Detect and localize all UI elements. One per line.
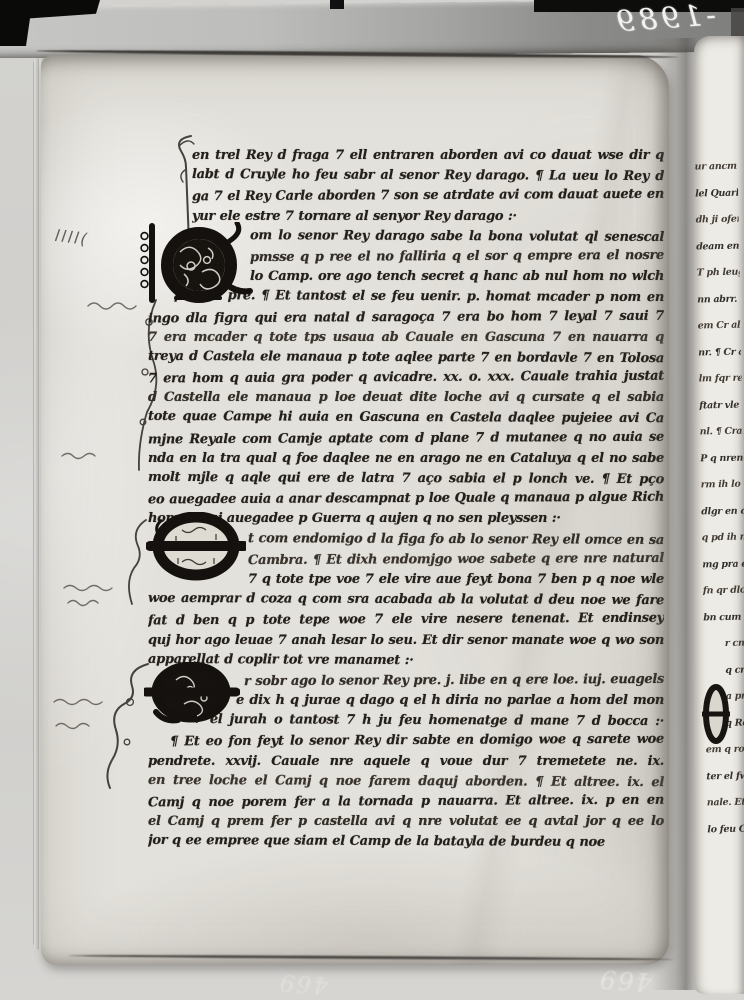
- facing-page-line: lm fqr rellam: [698, 366, 742, 393]
- manuscript-line: om lo senor Rey darago sabe la bona volu…: [250, 226, 664, 248]
- manuscript-line: fat d ben q p tote tepe woe 7 ele vire n…: [148, 609, 664, 632]
- manuscript-line: ¶ Et eo fon feyt lo senor Rey dir sabte …: [170, 730, 664, 753]
- manuscript-line: treya d Castela ele manaua p tote aqlee …: [148, 347, 664, 369]
- facing-page-line: r cn: [725, 631, 744, 658]
- facing-page-line: ftatr vle cu: [699, 392, 743, 419]
- manuscript-photo: -1989 llll( en tre: [0, 0, 744, 1000]
- facing-page-line: nl. ¶ Crabr: [699, 419, 743, 446]
- facing-page-line: em Cr aln: [697, 313, 741, 340]
- foliation-mark: llll(: [52, 226, 92, 249]
- facing-page-line: mg pra el: [702, 551, 744, 578]
- facing-page-initial: [702, 682, 730, 750]
- facing-page-line: rm ih lo q: [700, 472, 744, 499]
- manuscript-line: el Camj q prem fer p castella avi q nre …: [148, 812, 664, 832]
- facing-page-line: nr. ¶ Cr an: [698, 339, 742, 366]
- facing-page-edge: ur ancm em plel Quarl cdh ji ofernadeam …: [694, 36, 744, 994]
- manuscript-line: en tree loche el Camj q noe farem daquj …: [148, 771, 664, 793]
- decorated-initial-e1: E: [146, 512, 246, 586]
- facing-page-line: dh ji oferna: [695, 207, 739, 234]
- manuscript-line: 7 q tote tpe voe 7 ele vire aue feyt bon…: [248, 570, 664, 590]
- facing-page-line: ur ancm em p: [694, 154, 738, 181]
- manuscript-line: Cambra. ¶ Et dixh endomjgo woe sabete q …: [248, 549, 664, 571]
- facing-page-line: lel Quarl c: [695, 180, 739, 207]
- manuscript-line: lo Camp. ore ago tench secret q hanc ab …: [250, 267, 664, 287]
- facing-page-line: fn qr dlo: [703, 578, 744, 605]
- archival-number-bottom-left: 469: [277, 968, 329, 997]
- facing-page-line: deam en. y.: [696, 233, 740, 260]
- facing-page-line: P q nrendr: [700, 445, 744, 472]
- manuscript-line: e dix h q jurae q dago q el h diria no p…: [236, 691, 664, 711]
- facing-page-line: q pd ih n: [702, 525, 744, 552]
- manuscript-line: pendrete. xxvij. Cauale nre aquele q vou…: [148, 752, 664, 772]
- manuscript-line: jor q ee empree que siam el Camp de la b…: [148, 831, 664, 853]
- facing-page-line: nn abrr. ofte: [697, 286, 741, 313]
- manuscript-line: Camj q noe porem fer a la tornada p naua…: [148, 791, 664, 814]
- manuscript-line: mjne Reyale com Camje aptate com d plane…: [148, 427, 664, 450]
- manuscript-line: en trel Rey d fraga 7 ell entraren abord…: [192, 146, 664, 166]
- facing-page-line: q cn: [725, 657, 744, 684]
- manuscript-line: tote quae Campe hi auia en Gascuna en Ca…: [148, 407, 664, 429]
- facing-page-line: bn cum e: [703, 604, 744, 631]
- manuscript-line: ga 7 el Rey Carle aborden 7 son se atrda…: [192, 185, 664, 208]
- manuscript-line: labt d Cruyle ho feu sabr al senor Rey d…: [192, 165, 664, 187]
- manuscript-line: d Castella ele manaua p loe deuat dite l…: [148, 388, 664, 408]
- facing-page-line: lo feu Cau: [707, 816, 744, 843]
- gutter-shadow: [652, 38, 698, 990]
- manuscript-line: t com endomigo d la figa fo ab lo senor …: [248, 529, 664, 551]
- manuscript-line: eo auegadee auia a anar descampnat p loe…: [148, 488, 664, 511]
- manuscript-line: quj hor ago leuae 7 anah lesar lo seu. E…: [148, 631, 664, 651]
- manuscript-line: molt mjle q aqle qui ere de latra 7 aço …: [148, 468, 664, 490]
- facing-page-line: nale. Et lo Ca: [707, 790, 744, 817]
- manuscript-line: 7 era hom q auia gra poder q avicadre. x…: [148, 367, 664, 390]
- manuscript-line: nda en la tra qual q foe daqlee ne en ar…: [148, 449, 664, 469]
- manuscript-line: yur ele estre 7 tornare al senyor Rey da…: [192, 207, 664, 227]
- decorated-initial-e2: E: [144, 662, 240, 730]
- manuscript-line: r sobr ago lo senor Rey pre. j. libe en …: [244, 670, 664, 692]
- decorated-initial-c: C: [136, 222, 256, 312]
- archival-number-bottom-right: 469: [597, 964, 653, 997]
- manuscript-line: pmsse q p ree el no falliria q el sor q …: [250, 246, 664, 268]
- facing-page-line: ter el fwrnar: [706, 763, 744, 790]
- facing-page-line: T ph leugn q: [696, 260, 740, 287]
- manuscript-line: 7 era mcader q tote tps usaua ab Cauale …: [148, 328, 664, 348]
- facing-page-line: dlgr en q: [701, 498, 744, 525]
- photo-edge-notch: [330, 0, 344, 9]
